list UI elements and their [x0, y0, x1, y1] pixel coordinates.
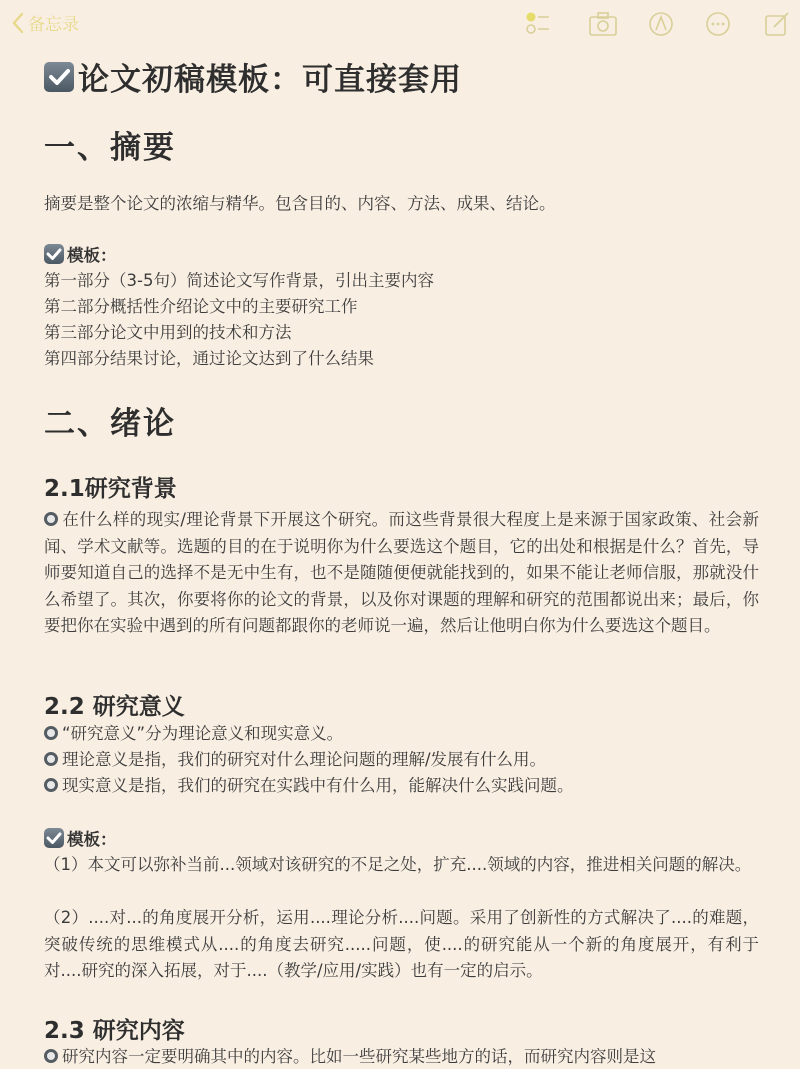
- abstract-intro: 摘要是整个论文的浓缩与精华。包含目的、内容、方法、成果、结论。: [44, 191, 556, 218]
- camera-button[interactable]: [587, 8, 619, 40]
- template-line: 第二部分概括性介绍论文中的主要研究工作: [44, 294, 358, 321]
- bullet-icon: [44, 512, 58, 526]
- bullet-icon: [44, 778, 58, 792]
- navigation-bar: 备忘录: [0, 0, 800, 50]
- template-line: 第一部分（3-5句）简述论文写作背景，引出主要内容: [44, 268, 434, 295]
- markup-icon: [645, 8, 677, 40]
- chevron-left-icon: [12, 12, 24, 34]
- template-paragraph-2: （2）....对...的角度展开分析，运用....理论分析....问题。采用了创…: [44, 905, 759, 985]
- bullet-item: 现实意义是指，我们的研究在实践中有什么用，能解决什么实践问题。: [44, 773, 574, 800]
- markup-button[interactable]: [645, 8, 677, 40]
- heading-research-background: 2.1研究背景: [44, 470, 177, 503]
- compose-button[interactable]: [760, 8, 792, 40]
- heading-research-content: 2.3 研究内容: [44, 1012, 185, 1045]
- bullet-item: 理论意义是指，我们的研究对什么理论问题的理解/发展有什么用。: [44, 747, 546, 774]
- checkmark-icon: [44, 828, 64, 848]
- checklist-button[interactable]: [525, 8, 557, 40]
- template-label: 模板：: [44, 826, 117, 850]
- more-button[interactable]: [702, 8, 734, 40]
- checkmark-icon: [44, 244, 64, 264]
- heading-research-significance: 2.2 研究意义: [44, 688, 185, 721]
- camera-icon: [587, 8, 619, 40]
- note-title: 论文初稿模板：可直接套用: [44, 54, 462, 99]
- heading-introduction: 二、绪论: [44, 398, 176, 443]
- more-icon: [702, 8, 734, 40]
- template-line: 第三部分论文中用到的技术和方法: [44, 320, 292, 347]
- back-label: 备忘录: [28, 10, 79, 35]
- bullet-icon: [44, 1049, 58, 1063]
- checkmark-icon: [44, 62, 74, 92]
- compose-icon: [760, 8, 792, 40]
- template-line: 第四部分结果讨论，通过论文达到了什么结果: [44, 346, 374, 373]
- template-label: 模板：: [44, 242, 117, 266]
- research-background-text: 在什么样的现实/理论背景下开展这个研究。而这些背景很大程度上是来源于国家政策、社…: [44, 507, 759, 640]
- bullet-item: “研究意义”分为理论意义和现实意义。: [44, 721, 343, 748]
- research-content-text: 研究内容一定要明确其中的内容。比如一些研究某些地方的话，而研究内容则是这: [44, 1044, 656, 1069]
- template-paragraph-1: （1）本文可以弥补当前...领域对该研究的不足之处，扩充....领域的内容，推进…: [44, 852, 759, 879]
- heading-abstract: 一、摘要: [44, 122, 176, 167]
- bullet-icon: [44, 752, 58, 766]
- bullet-icon: [44, 726, 58, 740]
- back-button[interactable]: 备忘录: [12, 10, 79, 35]
- checklist-icon: [525, 8, 557, 40]
